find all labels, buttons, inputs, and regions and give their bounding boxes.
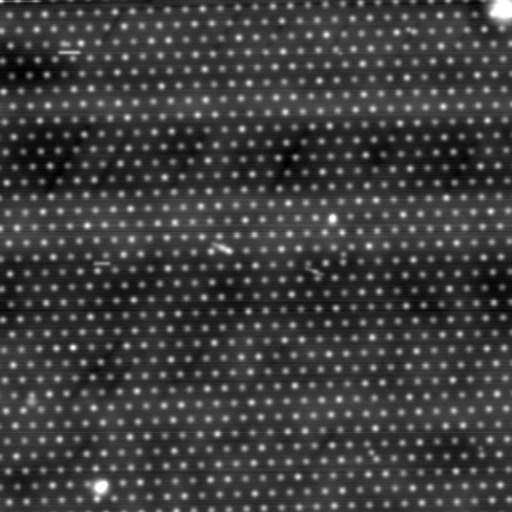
- stm-topography-image: [0, 0, 512, 512]
- stm-image-frame: [0, 0, 512, 512]
